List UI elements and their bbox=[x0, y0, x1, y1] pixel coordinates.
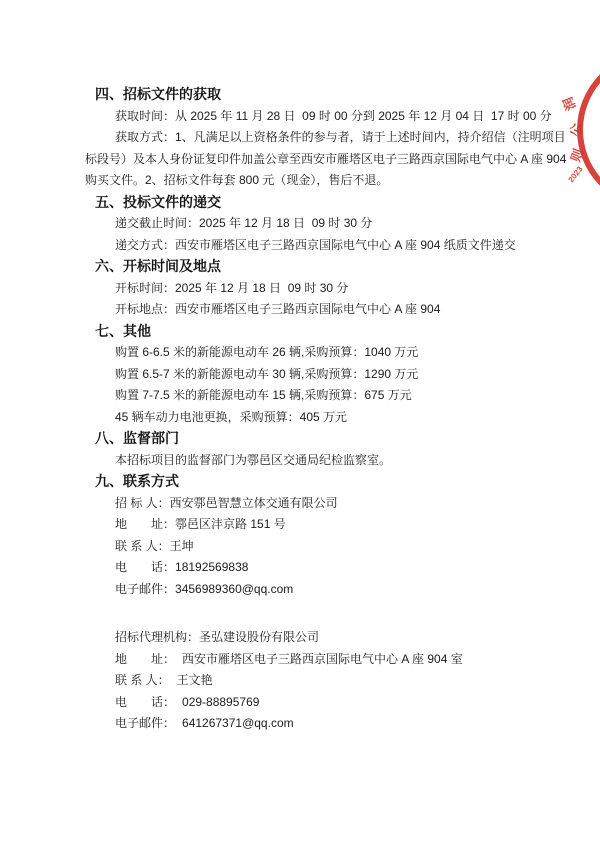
contact-value: 王坤 bbox=[170, 539, 194, 553]
agency-address-line: 地 址：西安市雁塔区电子三路西京国际电气中心 A 座 904 室 bbox=[115, 649, 545, 671]
obtain-time-line: 获取时间：从 2025 年 11 月 28 日 09 时 00 分到 2025 … bbox=[115, 106, 545, 128]
contact-value: 鄠邑区沣京路 151 号 bbox=[175, 517, 286, 531]
contact-value: 圣弘建设股份有限公司 bbox=[199, 630, 319, 644]
seal-glyph: 则 bbox=[568, 147, 587, 164]
contact-value: 西安鄠邑智慧立体交通有限公司 bbox=[170, 496, 338, 510]
tenderer-phone-line: 电 话：18192569838 bbox=[115, 557, 545, 579]
agency-email-line: 电子邮件：641267371@qq.com bbox=[115, 713, 545, 735]
contact-label: 电子邮件： bbox=[115, 582, 175, 596]
agency-phone-line: 电 话：029-88895769 bbox=[115, 692, 545, 714]
contact-label: 联 系 人： bbox=[115, 673, 170, 687]
tenderer-address-line: 地 址：鄠邑区沣京路 151 号 bbox=[115, 514, 545, 536]
seal-year-digits: 2023 bbox=[566, 164, 584, 184]
tenderer-name-line: 招 标 人：西安鄠邑智慧立体交通有限公司 bbox=[115, 493, 545, 515]
contact-label: 电子邮件： bbox=[115, 716, 175, 730]
supervision-line: 本招标项目的监督部门为鄠邑区交通局纪检监察室。 bbox=[115, 450, 545, 472]
tenderer-email-line: 电子邮件：3456989360@qq.com bbox=[115, 579, 545, 601]
seal-glyph: 润 bbox=[560, 95, 579, 114]
contact-label: 联 系 人： bbox=[115, 539, 170, 553]
section-heading-4: 四、招标文件的获取 bbox=[95, 84, 545, 106]
contact-label: 地 址： bbox=[115, 517, 175, 531]
document-page: 润 公 则 2023 四、招标文件的获取 获取时间：从 2025 年 11 月 … bbox=[0, 0, 600, 849]
obtain-method-line-1: 获取方式：1、凡满足以上资格条件的参与者，请于上述时间内，持介绍信（注明项目 bbox=[115, 127, 545, 149]
contact-value: 西安市雁塔区电子三路西京国际电气中心 A 座 904 室 bbox=[175, 652, 463, 666]
submit-method-line: 递交方式：西安市雁塔区电子三路西京国际电气中心 A 座 904 纸质文件递交 bbox=[115, 235, 545, 257]
contact-value: 王文艳 bbox=[170, 673, 213, 687]
obtain-method-line-2: 标段号）及本人身份证复印件加盖公章至西安市雁塔区电子三路西京国际电气中心 A 座… bbox=[85, 149, 545, 171]
tenderer-contact-person-line: 联 系 人：王坤 bbox=[115, 536, 545, 558]
section-heading-7: 七、其他 bbox=[95, 321, 545, 343]
agency-contact-person-line: 联 系 人：王文艳 bbox=[115, 670, 545, 692]
contact-value: 029-88895769 bbox=[175, 695, 259, 709]
procurement-item-3: 购置 7-7.5 米的新能源电动车 15 辆,采购预算：675 万元 bbox=[115, 385, 545, 407]
contact-label: 电 话： bbox=[115, 695, 175, 709]
contact-value: 3456989360@qq.com bbox=[175, 582, 293, 596]
contact-label: 招标代理机构： bbox=[115, 630, 199, 644]
procurement-item-2: 购置 6.5-7 米的新能源电动车 30 辆,采购预算：1290 万元 bbox=[115, 364, 545, 386]
contact-label: 地 址： bbox=[115, 652, 175, 666]
document-body: 四、招标文件的获取 获取时间：从 2025 年 11 月 28 日 09 时 0… bbox=[85, 84, 545, 735]
contact-value: 18192569838 bbox=[175, 560, 248, 574]
contact-label: 电 话： bbox=[115, 560, 175, 574]
section-heading-6: 六、开标时间及地点 bbox=[95, 256, 545, 278]
seal-ring bbox=[580, 56, 600, 204]
opening-place-line: 开标地点：西安市雁塔区电子三路西京国际电气中心 A 座 904 bbox=[115, 299, 545, 321]
procurement-item-1: 购置 6-6.5 米的新能源电动车 26 辆,采购预算：1040 万元 bbox=[115, 342, 545, 364]
procurement-item-4: 45 辆车动力电池更换，采购预算：405 万元 bbox=[115, 407, 545, 429]
section-heading-9: 九、联系方式 bbox=[95, 471, 545, 493]
contact-value: 641267371@qq.com bbox=[175, 716, 294, 730]
section-heading-8: 八、监督部门 bbox=[95, 428, 545, 450]
submit-deadline-line: 递交截止时间：2025 年 12 月 18 日 09 时 30 分 bbox=[115, 213, 545, 235]
obtain-method-line-3: 购买文件。2、招标文件每套 800 元（现金），售后不退。 bbox=[85, 170, 545, 192]
seal-glyph: 公 bbox=[568, 122, 584, 137]
opening-time-line: 开标时间：2025 年 12 月 18 日 09 时 30 分 bbox=[115, 278, 545, 300]
agency-name-line: 招标代理机构：圣弘建设股份有限公司 bbox=[115, 627, 545, 649]
contact-label: 招 标 人： bbox=[115, 496, 170, 510]
section-heading-5: 五、投标文件的递交 bbox=[95, 192, 545, 214]
